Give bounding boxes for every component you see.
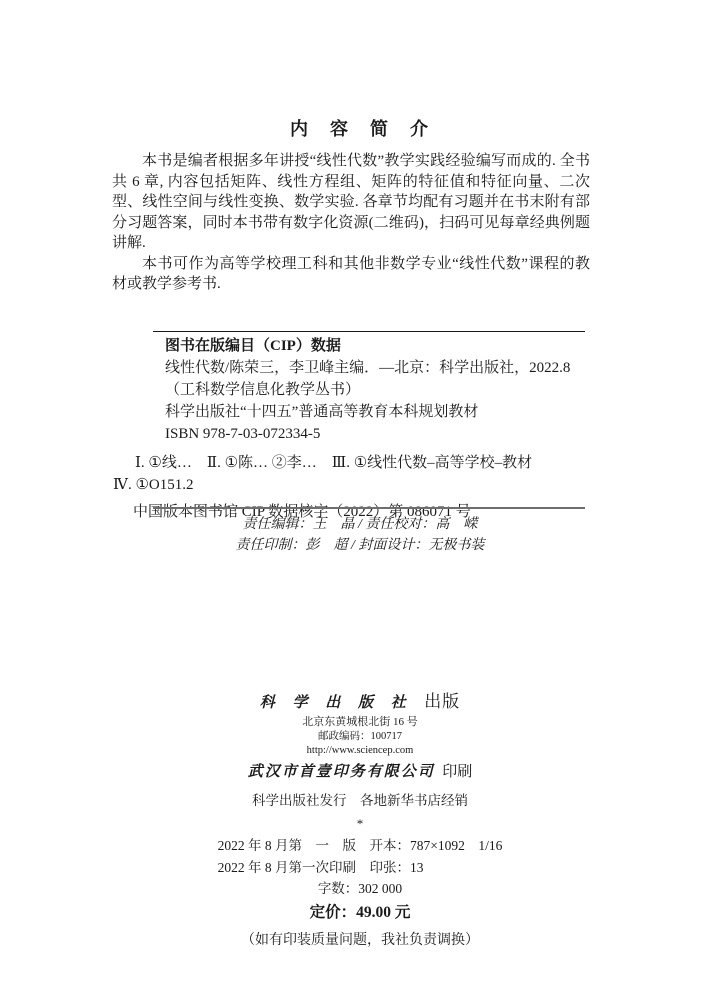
publisher-address: 北京东黄城根北街 16 号 xyxy=(0,715,720,730)
copyright-page: 内 容 简 介 本书是编者根据多年讲授“线性代数”教学实践经验编写而成的. 全书… xyxy=(0,0,720,1000)
publisher-postcode: 邮政编码：100717 xyxy=(0,730,720,744)
cip-title-line: 线性代数/陈荣三，李卫峰主编．—北京：科学出版社，2022.8 xyxy=(113,357,590,379)
printing-line: 2022 年 8 月第一次印刷 印张：13 xyxy=(218,857,503,879)
price-line: 定价：49.00 元 xyxy=(0,901,720,925)
distribution-line: 科学出版社发行 各地新华书店经销 xyxy=(0,790,720,811)
cip-classification-line-1: Ⅰ. ①线… Ⅱ. ①陈… ②李… Ⅲ. ①线性代数–高等学校–教材 xyxy=(113,452,590,474)
intro-paragraph-1: 本书是编者根据多年讲授“线性代数”教学实践经验编写而成的. 全书共 6 章, 内… xyxy=(112,151,590,254)
separator-asterisk: * xyxy=(0,815,720,832)
cip-series-line: （工科数学信息化教学丛书） xyxy=(113,379,590,401)
edition-info-group: 2022 年 8 月第 一 版 开本：787×1092 1/16 2022 年 … xyxy=(218,835,503,879)
cip-top-rule xyxy=(153,331,585,332)
credits-line-1: 责任编辑：王 晶 / 责任校对：高 嵘 xyxy=(0,514,720,535)
cip-heading: 图书在版编目（CIP）数据 xyxy=(113,335,590,357)
publisher-line: 科 学 出 版 社 出版 xyxy=(0,690,720,715)
publisher-suffix: 出版 xyxy=(424,692,460,711)
intro-title: 内 容 简 介 xyxy=(0,115,720,141)
publisher-logo-text: 科 学 出 版 社 xyxy=(260,695,413,711)
editor-credits: 责任编辑：王 晶 / 责任校对：高 嵘 责任印制：彭 超 / 封面设计：无极书装 xyxy=(0,514,720,556)
printer-line: 武汉市首壹印务有限公司 印刷 xyxy=(0,761,720,783)
credits-line-2: 责任印制：彭 超 / 封面设计：无极书装 xyxy=(0,535,720,556)
publisher-website: http://www.sciencep.com xyxy=(0,744,720,758)
cip-planning-line: 科学出版社“十四五”普通高等教育本科规划教材 xyxy=(113,401,590,423)
cip-block: 图书在版编目（CIP）数据 线性代数/陈荣三，李卫峰主编．—北京：科学出版社，2… xyxy=(113,335,590,523)
cip-isbn: ISBN 978-7-03-072334-5 xyxy=(113,423,590,445)
intro-paragraph-2: 本书可作为高等学校理工科和其他非数学专业“线性代数”课程的教材或教学参考书. xyxy=(112,254,590,295)
colophon: 科 学 出 版 社 出版 北京东黄城根北街 16 号 邮政编码：100717 h… xyxy=(0,690,720,952)
wordcount-line: 字数：302 000 xyxy=(0,879,720,899)
intro-body: 本书是编者根据多年讲授“线性代数”教学实践经验编写而成的. 全书共 6 章, 内… xyxy=(112,151,590,295)
edition-line: 2022 年 8 月第 一 版 开本：787×1092 1/16 xyxy=(218,835,503,857)
printer-logo-text: 武汉市首壹印务有限公司 xyxy=(248,764,435,780)
printer-suffix: 印刷 xyxy=(442,764,472,780)
cip-bottom-rule xyxy=(153,507,585,509)
quality-note: （如有印装质量问题，我社负责调换） xyxy=(0,930,720,952)
cip-classification-line-2: Ⅳ. ①O151.2 xyxy=(113,474,590,496)
